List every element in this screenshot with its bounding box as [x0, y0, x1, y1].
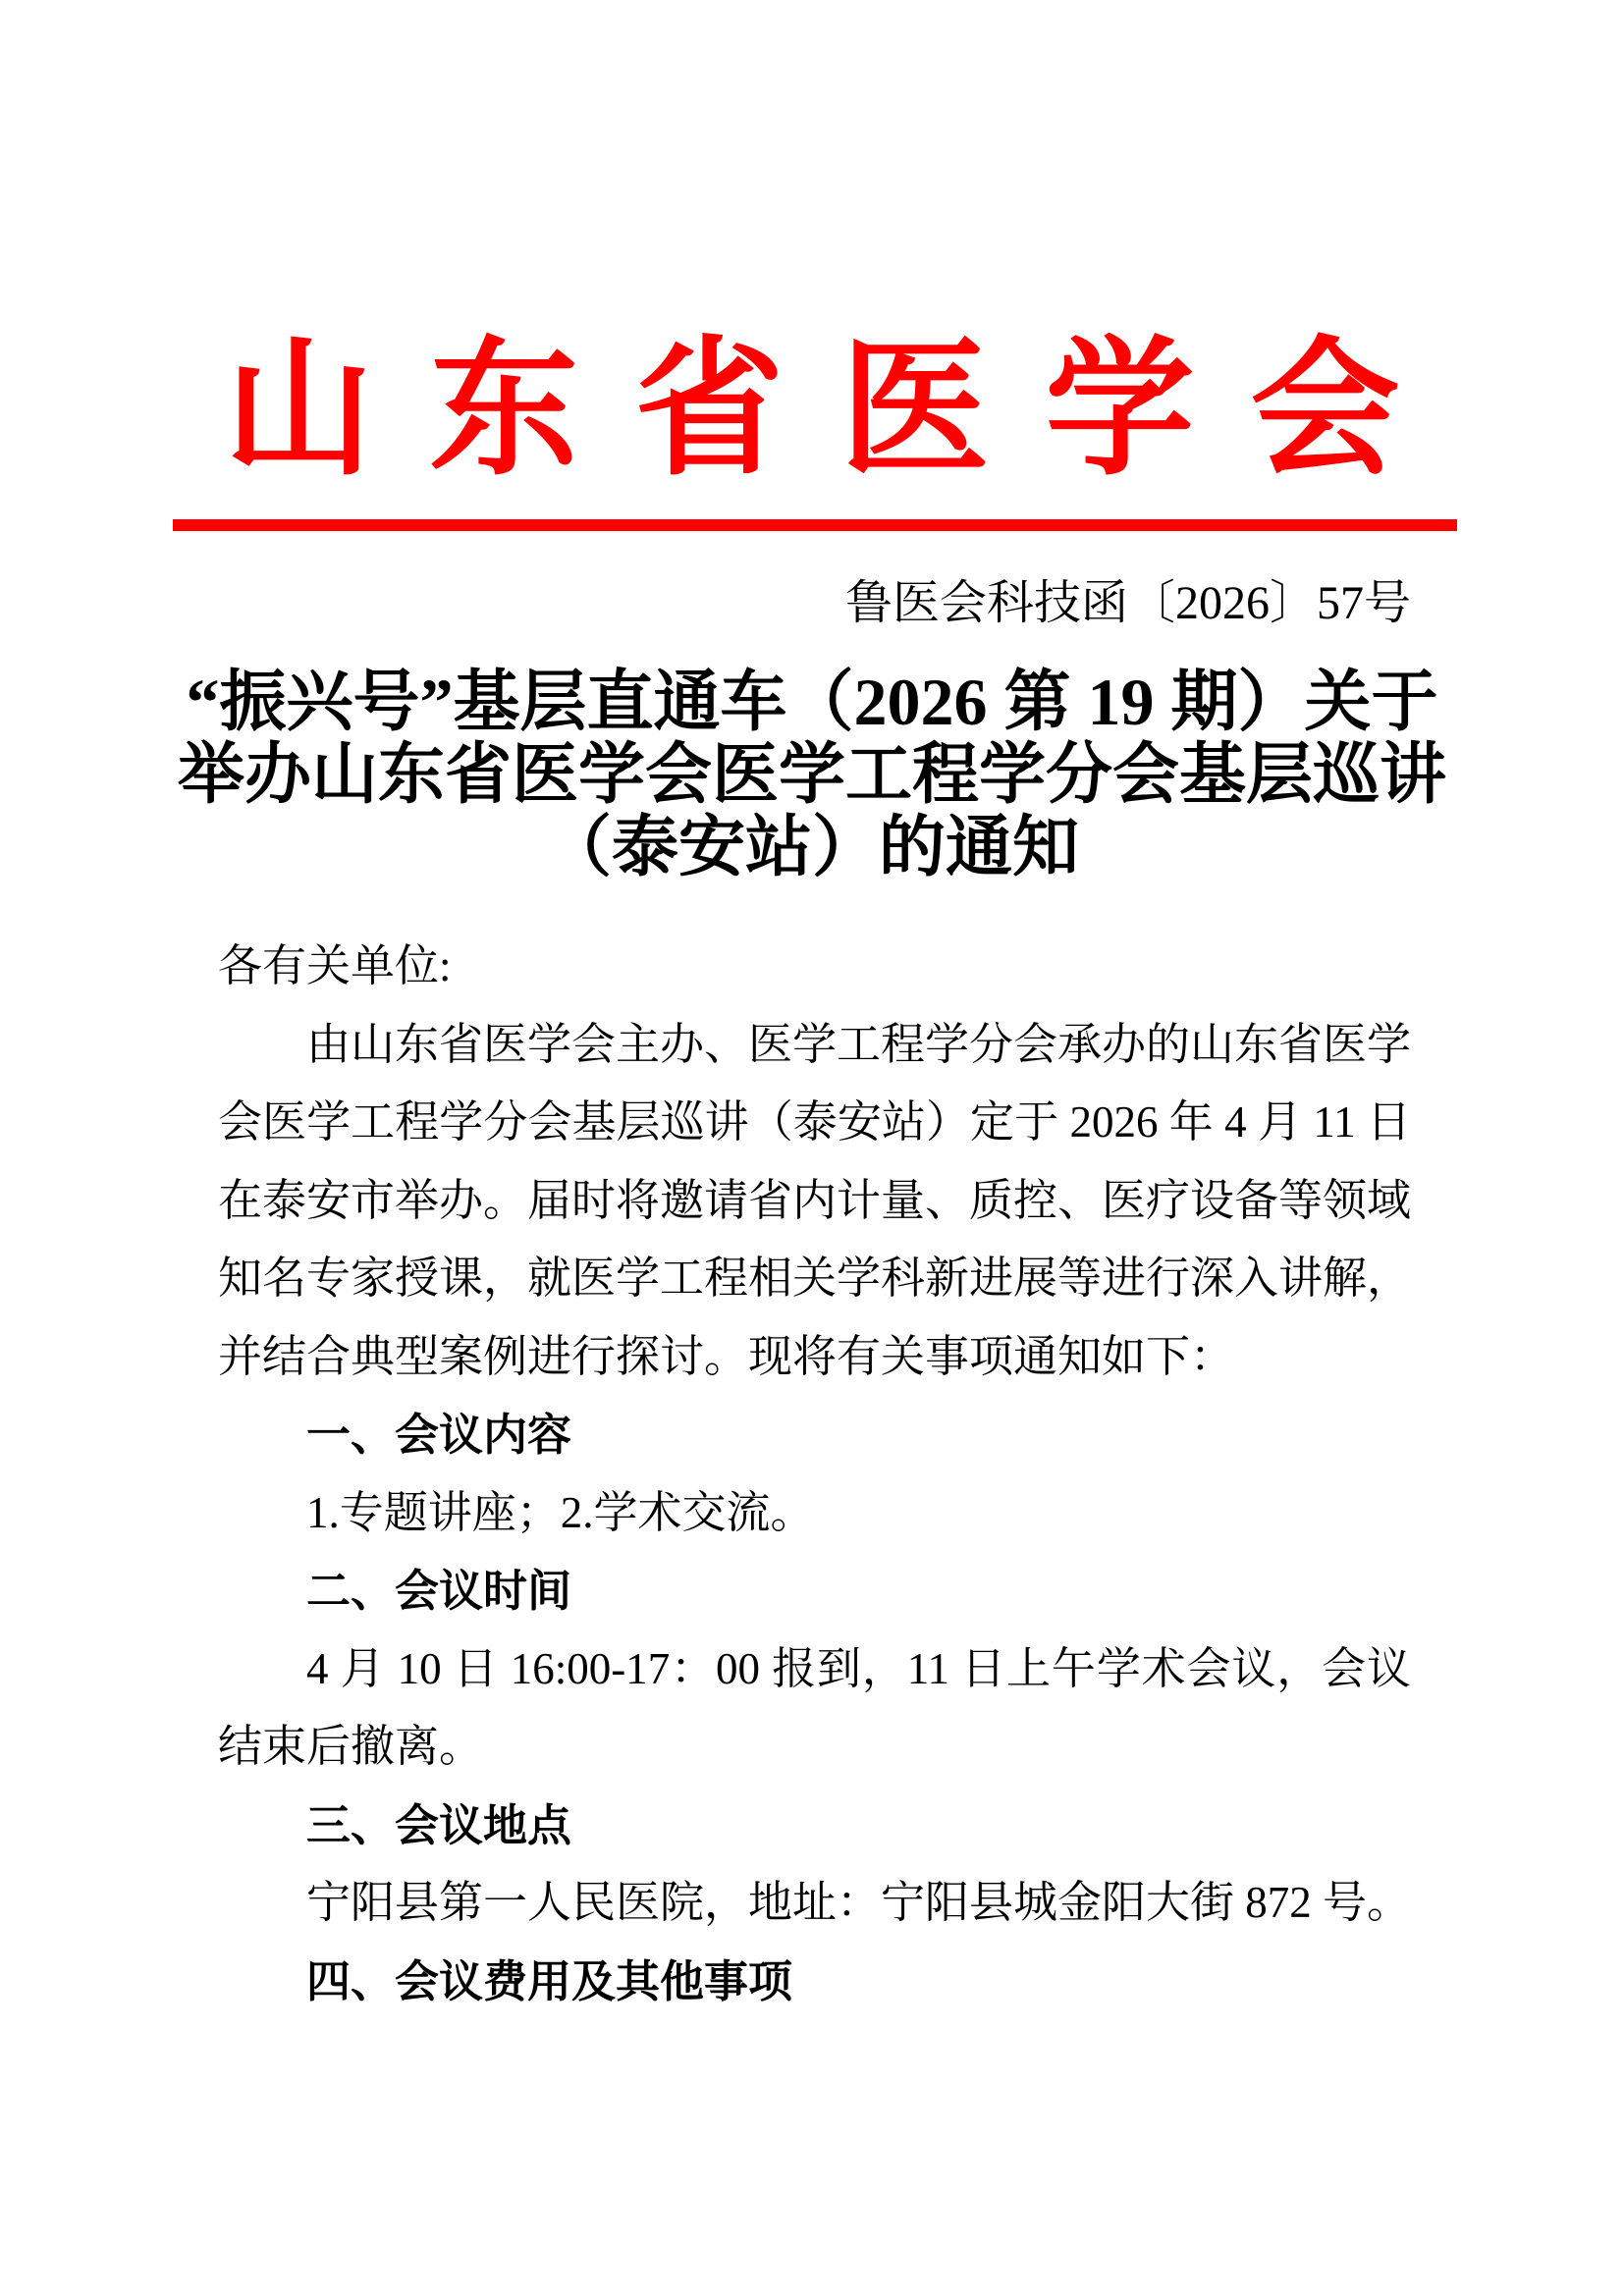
- section-3-content: 宁阳县第一人民医院，地址：宁阳县城金阳大街 872 号。: [218, 1864, 1411, 1943]
- section-1-heading: 一、会议内容: [218, 1396, 1411, 1474]
- doc-reference-number: 鲁医会科技函〔2026〕57号: [845, 577, 1411, 630]
- document-page: 山东省医学会 鲁医会科技函〔2026〕57号 “振兴号”基层直通车（2026 第…: [0, 0, 1624, 2296]
- letterhead-org-name: 山东省医学会: [0, 332, 1624, 489]
- section-1-content: 1.专题讲座；2.学术交流。: [218, 1474, 1411, 1553]
- section-2-content: 4 月 10 日 16:00-17：00 报到，11 日上午学术会议，会议结束后…: [218, 1630, 1411, 1787]
- letterhead-rule: [173, 519, 1457, 531]
- document-title: “振兴号”基层直通车（2026 第 19 期）关于 举办山东省医学会医学工程学分…: [0, 666, 1624, 883]
- section-3-heading: 三、会议地点: [218, 1787, 1411, 1865]
- document-body: 各有关单位: 由山东省医学会主办、医学工程学分会承办的山东省医学会医学工程学分会…: [218, 928, 1411, 2020]
- title-line-3: （泰安站）的通知: [0, 811, 1624, 883]
- section-2-heading: 二、会议时间: [218, 1552, 1411, 1630]
- title-line-1: “振兴号”基层直通车（2026 第 19 期）关于: [0, 666, 1624, 738]
- salutation: 各有关单位:: [218, 928, 1411, 1006]
- title-line-2: 举办山东省医学会医学工程学分会基层巡讲: [0, 738, 1624, 811]
- section-4-heading: 四、会议费用及其他事项: [218, 1943, 1411, 2021]
- intro-paragraph: 由山东省医学会主办、医学工程学分会承办的山东省医学会医学工程学分会基层巡讲（泰安…: [218, 1006, 1411, 1397]
